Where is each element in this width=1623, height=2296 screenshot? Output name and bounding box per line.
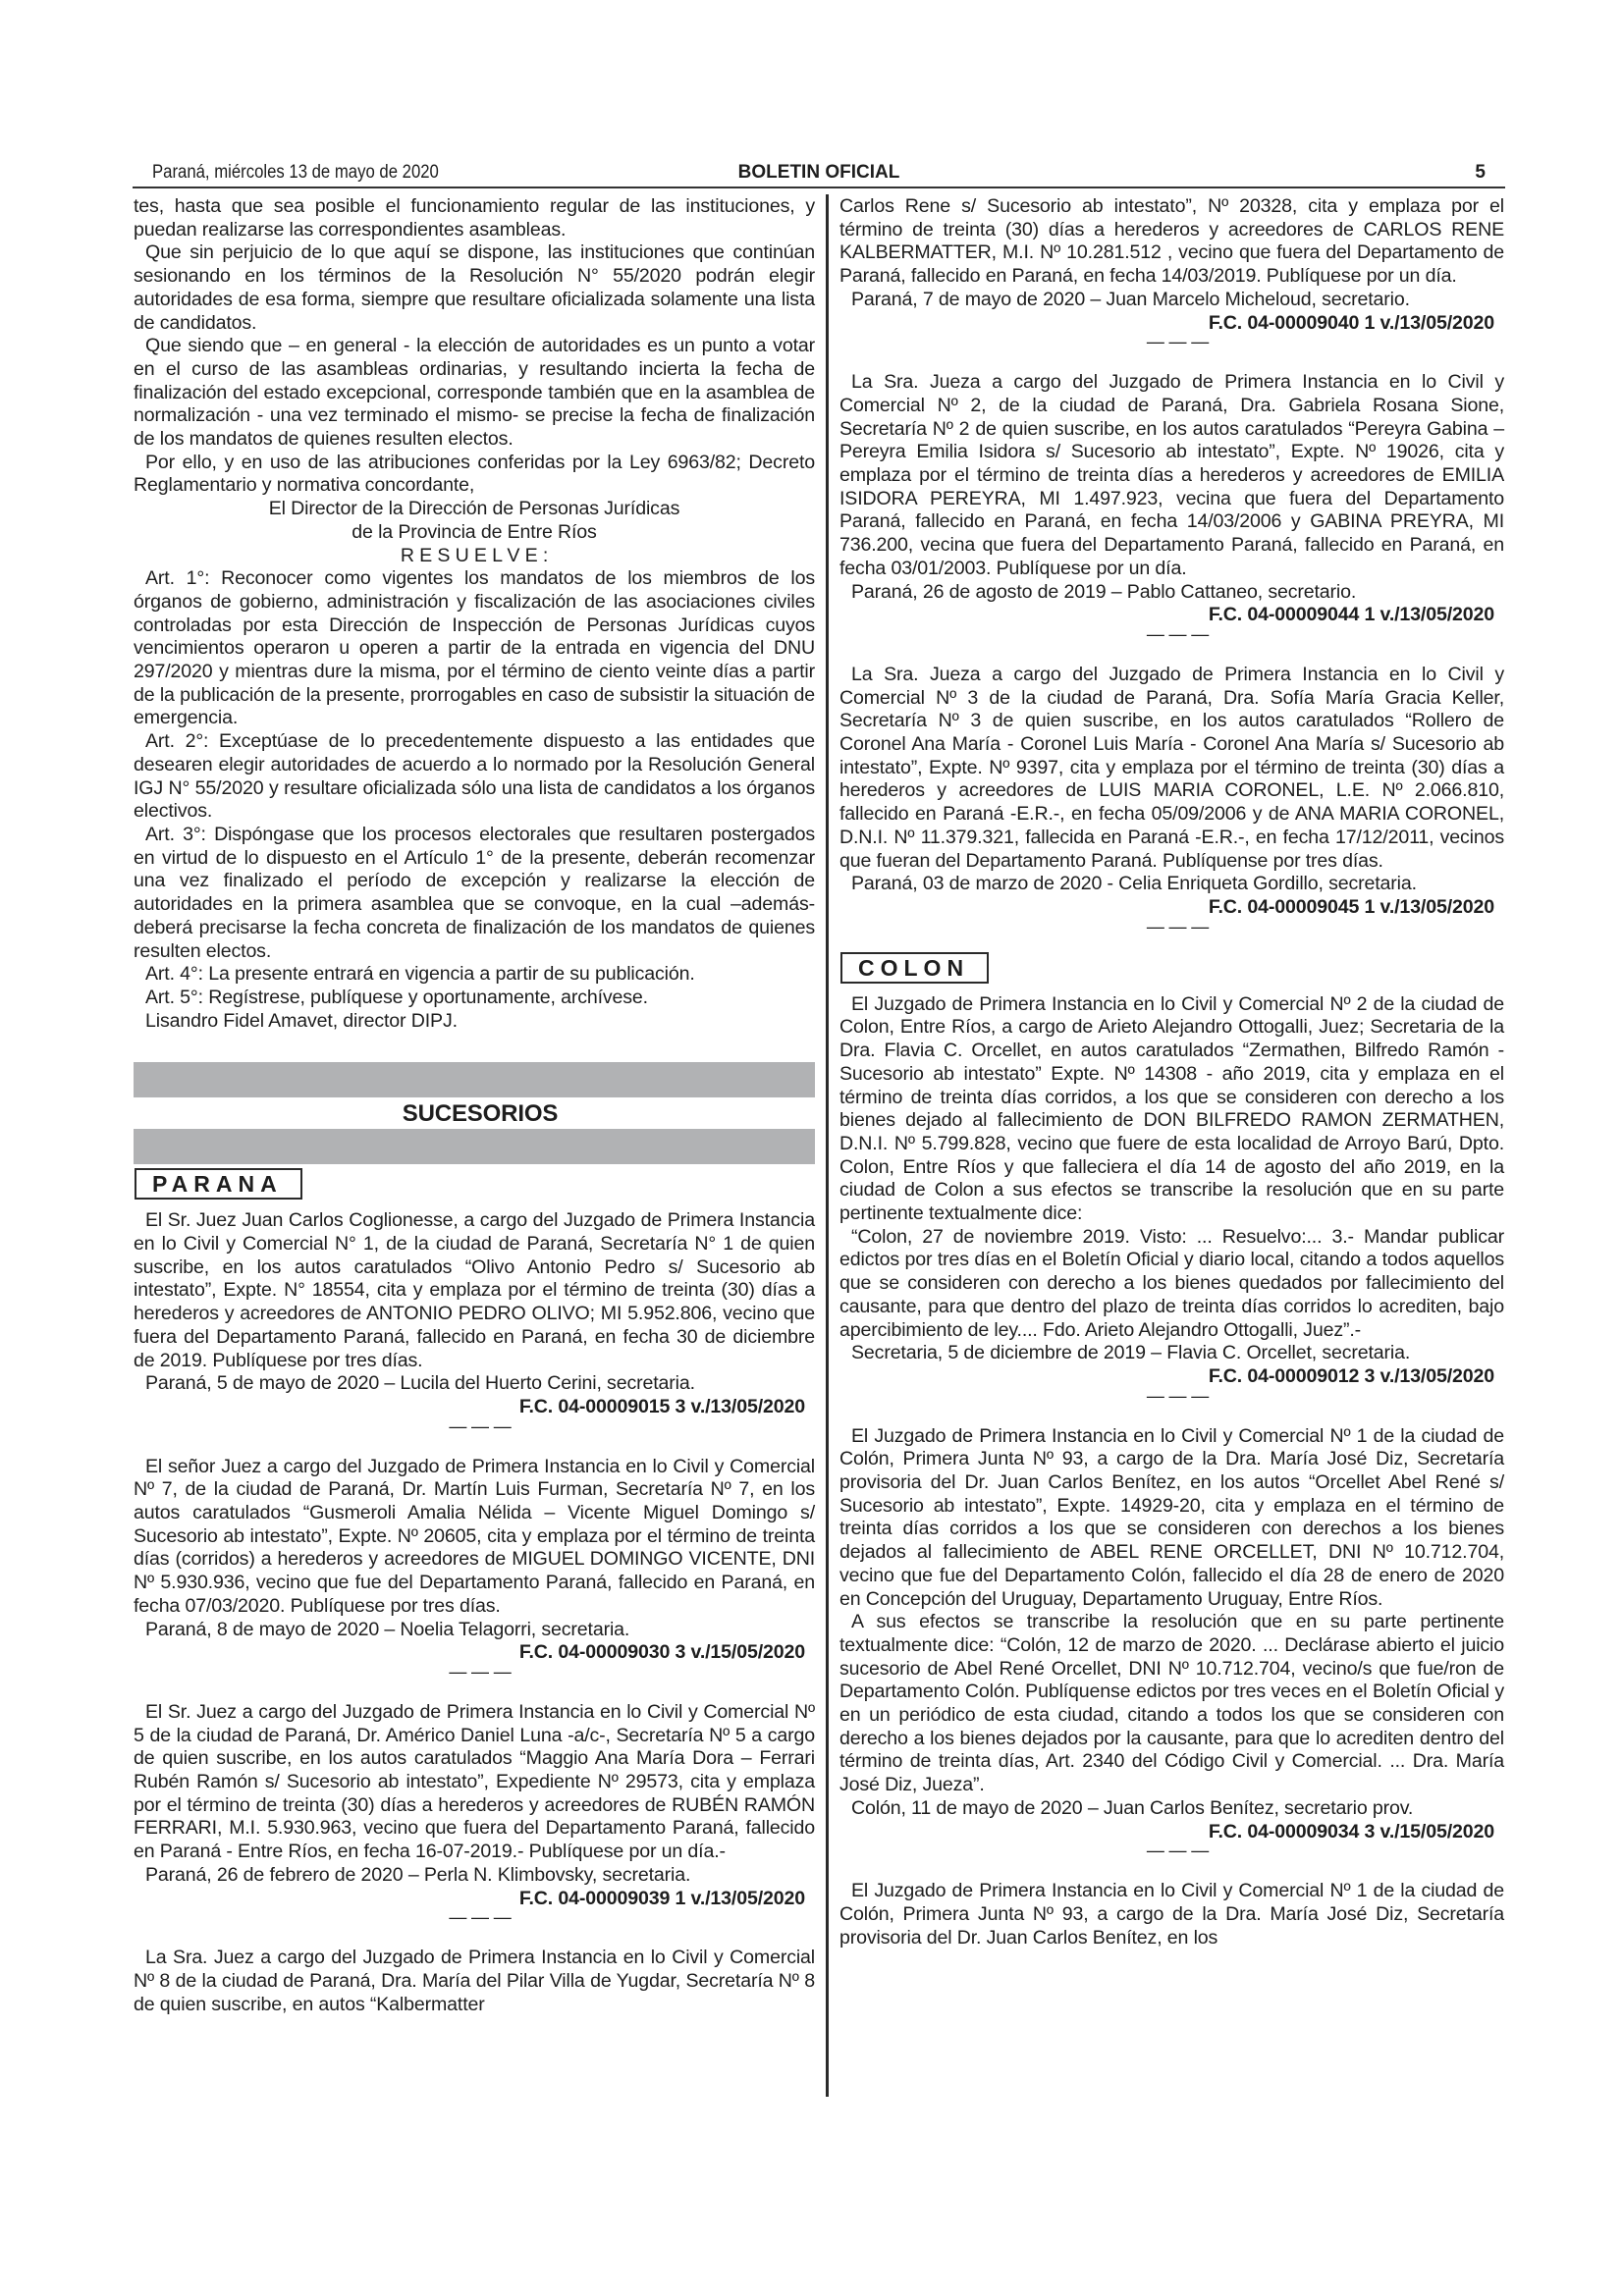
paragraph: tes, hasta que sea posible el funcionami… bbox=[134, 195, 815, 241]
notice-signature: Colón, 11 de mayo de 2020 – Juan Carlos … bbox=[839, 1797, 1504, 1821]
signature: Lisandro Fidel Amavet, director DIPJ. bbox=[134, 1010, 815, 1034]
notice-body: El Juzgado de Primera Instancia en lo Ci… bbox=[839, 1425, 1504, 1612]
paragraph: Por ello, y en uso de las atribuciones c… bbox=[134, 452, 815, 498]
notice-body: El señor Juez a cargo del Juzgado de Pri… bbox=[134, 1456, 815, 1619]
notice-signature: Paraná, 8 de mayo de 2020 – Noelia Telag… bbox=[134, 1619, 815, 1642]
article: Art. 2°: Exceptúase de lo precedentement… bbox=[134, 730, 815, 824]
notice-body: La Sra. Jueza a cargo del Juzgado de Pri… bbox=[839, 664, 1504, 873]
notice-signature: Paraná, 26 de agosto de 2019 – Pablo Cat… bbox=[839, 581, 1504, 605]
notice-signature: Paraná, 7 de mayo de 2020 – Juan Marcelo… bbox=[839, 289, 1504, 312]
notice-body: El Juzgado de Primera Instancia en lo Ci… bbox=[839, 993, 1504, 1226]
paragraph: Que sin perjuicio de lo que aquí se disp… bbox=[134, 241, 815, 335]
notice-body: El Juzgado de Primera Instancia en lo Ci… bbox=[839, 1880, 1504, 1949]
separator: — — — bbox=[839, 1843, 1504, 1866]
notice-signature: Paraná, 26 de febrero de 2020 – Perla N.… bbox=[134, 1864, 815, 1888]
separator: — — — bbox=[839, 1389, 1504, 1412]
right-column: Carlos Rene s/ Sucesorio ab intestato”, … bbox=[839, 195, 1504, 1949]
publication-title: BOLETIN OFICIAL bbox=[133, 162, 1505, 184]
article: Art. 1°: Reconocer como vigentes los man… bbox=[134, 567, 815, 730]
paragraph: Que siendo que – en general - la elecció… bbox=[134, 335, 815, 452]
notice-signature: Paraná, 03 de marzo de 2020 - Celia Enri… bbox=[839, 873, 1504, 896]
separator: — — — bbox=[839, 335, 1504, 357]
separator: — — — bbox=[134, 1419, 815, 1442]
authority-line: El Director de la Dirección de Personas … bbox=[134, 498, 815, 521]
article: Art. 5°: Regístrese, publíquese y oportu… bbox=[134, 987, 815, 1010]
place-heading-colon: COLON bbox=[840, 952, 989, 984]
notice-signature: Paraná, 5 de mayo de 2020 – Lucila del H… bbox=[134, 1372, 815, 1396]
notice-body: La Sra. Juez a cargo del Juzgado de Prim… bbox=[134, 1947, 815, 2016]
notice-body: El Sr. Juez Juan Carlos Coglionesse, a c… bbox=[134, 1209, 815, 1372]
notice-quote: A sus efectos se transcribe la resolució… bbox=[839, 1611, 1504, 1797]
separator: — — — bbox=[134, 1665, 815, 1687]
article: Art. 3°: Dispóngase que los procesos ele… bbox=[134, 824, 815, 963]
page-header: Paraná, miércoles 13 de mayo de 2020 BOL… bbox=[133, 159, 1505, 188]
section-band-bottom bbox=[134, 1129, 815, 1164]
notice-body: El Sr. Juez a cargo del Juzgado de Prime… bbox=[134, 1701, 815, 1864]
separator: — — — bbox=[134, 1910, 815, 1933]
separator: — — — bbox=[839, 920, 1504, 942]
section-band-top bbox=[134, 1062, 815, 1097]
section-title: SUCESORIOS bbox=[134, 1097, 815, 1129]
notice-quote: “Colon, 27 de noviembre 2019. Visto: ...… bbox=[839, 1226, 1504, 1343]
place-heading-parana: PARANA bbox=[135, 1168, 302, 1200]
notice-body: Carlos Rene s/ Sucesorio ab intestato”, … bbox=[839, 195, 1504, 289]
notice-body: La Sra. Jueza a cargo del Juzgado de Pri… bbox=[839, 371, 1504, 580]
separator: — — — bbox=[839, 627, 1504, 650]
page-number: 5 bbox=[1475, 162, 1486, 184]
column-divider bbox=[826, 194, 829, 2097]
authority-line: de la Provincia de Entre Ríos bbox=[134, 521, 815, 545]
left-column: tes, hasta que sea posible el funcionami… bbox=[134, 195, 815, 2016]
article: Art. 4°: La presente entrará en vigencia… bbox=[134, 963, 815, 987]
resuelve-heading: R E S U E L V E : bbox=[134, 545, 815, 568]
notice-signature: Secretaria, 5 de diciembre de 2019 – Fla… bbox=[839, 1342, 1504, 1365]
